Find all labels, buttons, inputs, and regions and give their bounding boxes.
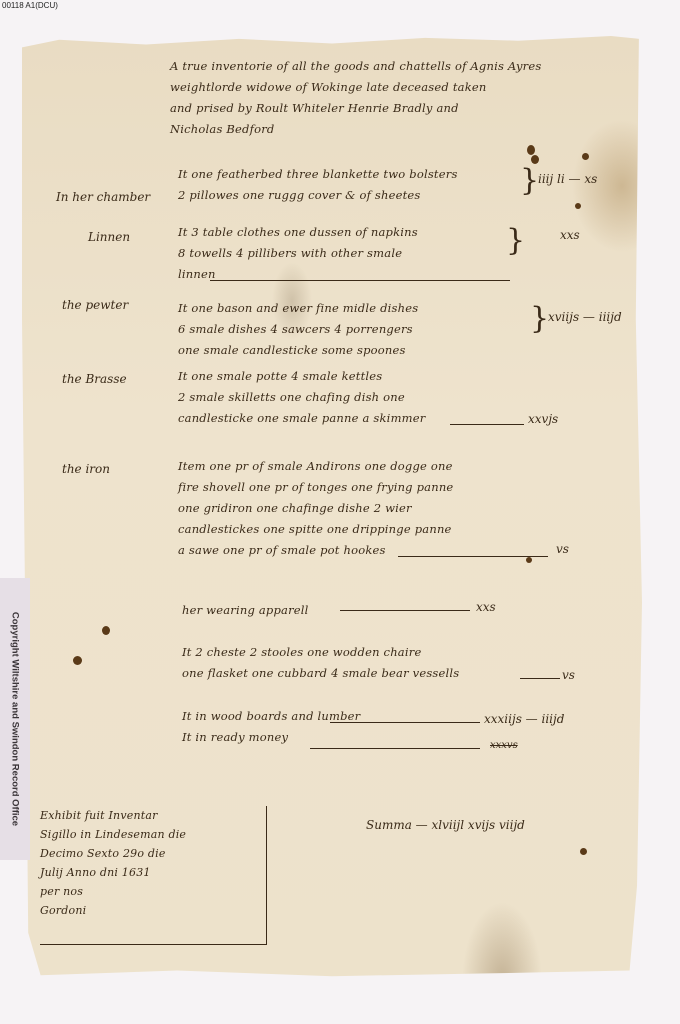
- item-line: 8 towells 4 pillibers with other smale: [178, 243, 418, 264]
- item-line: candlesticke one smale panne a skimmer: [178, 408, 425, 429]
- rule: [330, 722, 480, 723]
- memo-line: Gordoni: [40, 901, 266, 920]
- section-value: xxs: [476, 600, 496, 614]
- section-value: vs: [562, 668, 575, 682]
- section-items: It one smale potte 4 smale kettles 2 sma…: [178, 366, 425, 429]
- exhibition-memo: Exhibit fuit Inventar Sigillo in Lindese…: [40, 806, 267, 945]
- memo-line: Decimo Sexto 29o die: [40, 844, 266, 863]
- memo-line: Julij Anno dni 1631: [40, 863, 266, 882]
- item-line: It one smale potte 4 smale kettles: [178, 366, 425, 387]
- section-items: It in wood boards and lumber It in ready…: [182, 706, 360, 748]
- ink-blot: [575, 203, 581, 209]
- section-label: Linnen: [88, 230, 130, 244]
- section-label: the iron: [62, 462, 110, 476]
- heading-line: A true inventorie of all the goods and c…: [170, 56, 541, 77]
- inventory-heading: A true inventorie of all the goods and c…: [170, 56, 541, 140]
- section-value: xxxiijs — iiijd: [484, 712, 564, 726]
- item-line: fire shovell one pr of tonges one frying…: [178, 477, 453, 498]
- rule: [340, 610, 470, 611]
- section-items: her wearing apparell: [182, 600, 309, 621]
- rule: [520, 678, 560, 679]
- brace: }: [530, 304, 549, 334]
- item-line: Item one pr of smale Andirons one dogge …: [178, 456, 453, 477]
- rule: [210, 280, 510, 281]
- ink-blot: [580, 848, 587, 855]
- brace: }: [520, 166, 539, 196]
- section-value: iiij li — xs: [538, 172, 597, 186]
- ink-blot: [527, 145, 535, 155]
- item-line: 2 pillowes one ruggg cover & of sheetes: [178, 185, 458, 206]
- item-line: her wearing apparell: [182, 600, 309, 621]
- heading-line: Nicholas Bedford: [170, 119, 541, 140]
- memo-line: Sigillo in Lindeseman die: [40, 825, 266, 844]
- brace: }: [506, 226, 525, 256]
- item-line: It in wood boards and lumber: [182, 706, 360, 727]
- section-value: xxs: [560, 228, 580, 242]
- item-line: It 3 table clothes one dussen of napkins: [178, 222, 418, 243]
- rule: [398, 556, 548, 557]
- image-label: 00118 A1(DCU): [2, 1, 58, 10]
- heading-line: and prised by Roult Whiteler Henrie Brad…: [170, 98, 541, 119]
- section-items: It one featherbed three blankette two bo…: [178, 164, 458, 206]
- section-items: It 3 table clothes one dussen of napkins…: [178, 222, 418, 285]
- item-line: It one featherbed three blankette two bo…: [178, 164, 458, 185]
- copyright-strip: Copyright Wiltshire and Swindon Record O…: [0, 578, 30, 860]
- item-line: one gridiron one chafinge dishe 2 wier: [178, 498, 453, 519]
- item-line: linnen: [178, 264, 418, 285]
- section-value: vs: [556, 542, 569, 556]
- copyright-text: Copyright Wiltshire and Swindon Record O…: [10, 612, 21, 826]
- section-value: xxvjs: [528, 412, 558, 426]
- item-line: 2 smale skilletts one chafing dish one: [178, 387, 425, 408]
- item-line: a sawe one pr of smale pot hookes: [178, 540, 453, 561]
- heading-line: weightlorde widowe of Wokinge late decea…: [170, 77, 541, 98]
- item-line: It in ready money: [182, 727, 360, 748]
- ink-blot: [526, 557, 532, 563]
- section-items: Item one pr of smale Andirons one dogge …: [178, 456, 453, 561]
- ink-blot: [73, 656, 82, 665]
- section-items: It 2 cheste 2 stooles one wodden chaire …: [182, 642, 459, 684]
- item-line: candlestickes one spitte one drippinge p…: [178, 519, 453, 540]
- ink-blot: [102, 626, 110, 635]
- memo-line: Exhibit fuit Inventar: [40, 806, 266, 825]
- section-label: the Brasse: [62, 372, 127, 386]
- rule: [310, 748, 480, 749]
- item-line: one smale candlesticke some spoones: [178, 340, 418, 361]
- section-label: the pewter: [62, 298, 128, 312]
- section-items: It one bason and ewer fine midle dishes …: [178, 298, 418, 361]
- section-label: In her chamber: [56, 190, 150, 204]
- section-value-struck: xxxvs: [490, 740, 518, 751]
- memo-line: per nos: [40, 882, 266, 901]
- sum-total: Summa — xlviijl xvijs viijd: [366, 818, 525, 832]
- rule: [450, 424, 524, 425]
- ink-blot: [582, 153, 589, 160]
- item-line: It 2 cheste 2 stooles one wodden chaire: [182, 642, 459, 663]
- item-line: one flasket one cubbard 4 smale bear ves…: [182, 663, 459, 684]
- item-line: 6 smale dishes 4 sawcers 4 porrengers: [178, 319, 418, 340]
- item-line: It one bason and ewer fine midle dishes: [178, 298, 418, 319]
- section-value: xviijs — iiijd: [548, 310, 622, 324]
